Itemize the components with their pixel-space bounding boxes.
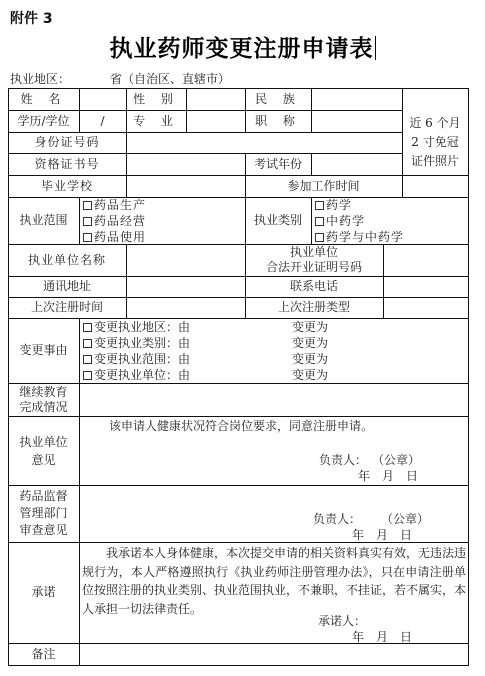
grid-line xyxy=(468,88,469,666)
text-cursor xyxy=(375,36,376,60)
employer-name-field[interactable] xyxy=(126,244,245,276)
label-line: 药品监督 xyxy=(19,488,67,505)
label-line: 管理部门 xyxy=(19,505,67,522)
checkbox-icon[interactable] xyxy=(83,201,92,210)
label-line: 审查意见 xyxy=(19,522,67,539)
label-line: 合法开业证明号码 xyxy=(266,260,362,275)
education-field[interactable]: / xyxy=(79,110,126,132)
form-title: 执业药师变更注册申请表 xyxy=(0,30,485,63)
commitment-text: 我承诺本人身体健康，本次提交申请的相关资料真实有效，无违法违规行为，本人严格遵照… xyxy=(82,544,466,618)
grid-line xyxy=(79,318,80,666)
practice-scope-options: 药品生产 药品经营 药品使用 xyxy=(83,197,146,245)
label-line: 完成情况 xyxy=(19,400,67,415)
label-line: 执业单位 xyxy=(19,433,67,451)
graduate-school-label: 毕业学校 xyxy=(8,175,126,197)
last-registration-time-label: 上次注册时间 xyxy=(8,297,126,318)
option-label: 药品生产 xyxy=(94,198,146,212)
option-label: 药品使用 xyxy=(94,230,146,244)
employer-opinion-statement: 该申请人健康状况符合岗位要求，同意注册申请。 xyxy=(109,417,373,434)
checkbox-icon[interactable] xyxy=(315,217,324,226)
phone-label: 联系电话 xyxy=(245,276,383,297)
graduate-school-field[interactable] xyxy=(126,175,245,197)
change-to-label: 变更为 xyxy=(292,319,328,335)
commitment-signer: 承诺人： xyxy=(318,612,366,629)
continuing-education-field[interactable] xyxy=(79,383,468,416)
checkbox-option[interactable]: 药品经营 xyxy=(83,213,146,229)
grid-line xyxy=(311,197,312,244)
region-label: 执业地区： xyxy=(10,70,70,87)
checkbox-icon[interactable] xyxy=(83,355,92,364)
checkbox-option[interactable]: 变更执业类别：由 xyxy=(83,335,190,351)
checkbox-icon[interactable] xyxy=(83,339,92,348)
gender-label: 性 别 xyxy=(126,88,186,110)
ethnicity-label: 民 族 xyxy=(245,88,311,110)
checkbox-option[interactable]: 药品使用 xyxy=(83,229,146,245)
option-label: 变更执业范围：由 xyxy=(94,352,190,366)
fda-opinion-signer: 负责人： xyxy=(313,510,361,527)
professional-title-field[interactable] xyxy=(311,110,402,132)
grid-line xyxy=(79,197,80,244)
checkbox-option[interactable]: 药学 xyxy=(315,197,404,213)
checkbox-option[interactable]: 中药学 xyxy=(315,213,404,229)
phone-field[interactable] xyxy=(383,276,468,297)
certificate-number-field[interactable] xyxy=(126,153,245,175)
region-suffix: 省（自治区、直辖市） xyxy=(110,70,230,87)
exam-year-field[interactable] xyxy=(311,153,402,175)
commitment-label: 承诺 xyxy=(8,542,79,643)
option-label: 变更执业单位：由 xyxy=(94,368,190,382)
fda-opinion-date: 年 月 日 xyxy=(352,526,412,543)
id-number-field[interactable] xyxy=(126,132,402,153)
gender-field[interactable] xyxy=(186,88,245,110)
checkbox-option[interactable]: 变更执业地区：由 xyxy=(83,319,190,335)
checkbox-icon[interactable] xyxy=(83,323,92,332)
address-field[interactable] xyxy=(126,276,245,297)
label-line: 执业单位 xyxy=(290,245,338,260)
employer-license-label: 执业单位 合法开业证明号码 xyxy=(245,244,383,276)
photo-note-line: 证件照片 xyxy=(411,152,459,171)
checkbox-icon[interactable] xyxy=(83,217,92,226)
label-line: 继续教育 xyxy=(19,385,67,400)
option-label: 药品经营 xyxy=(94,214,146,228)
professional-title-label: 职 称 xyxy=(245,110,311,132)
attachment-label: 附件 3 xyxy=(10,8,53,28)
ethnicity-field[interactable] xyxy=(311,88,402,110)
last-registration-time-field[interactable] xyxy=(126,297,245,318)
change-to-labels: 变更为 变更为 变更为 变更为 xyxy=(292,319,328,383)
option-label: 变更执业地区：由 xyxy=(94,320,190,334)
option-label: 药学与中药学 xyxy=(326,230,404,244)
practice-category-options: 药学 中药学 药学与中药学 xyxy=(315,197,404,245)
name-label: 姓 名 xyxy=(8,88,79,110)
practice-scope-label: 执业范围 xyxy=(8,197,79,244)
work-start-field[interactable] xyxy=(402,175,468,197)
option-label: 变更执业类别：由 xyxy=(94,336,190,350)
grid-line xyxy=(8,665,469,666)
employer-opinion-seal: （公章） xyxy=(372,451,420,468)
employer-opinion-date: 年 月 日 xyxy=(358,467,418,484)
exam-year-label: 考试年份 xyxy=(245,153,311,175)
major-label: 专 业 xyxy=(126,110,186,132)
option-label: 中药学 xyxy=(326,214,365,228)
fda-opinion-label: 药品监督 管理部门 审查意见 xyxy=(8,485,79,542)
change-to-label: 变更为 xyxy=(292,367,328,383)
change-reason-label: 变更事由 xyxy=(8,318,79,383)
change-to-label: 变更为 xyxy=(292,335,328,351)
practice-category-label: 执业类别 xyxy=(245,197,311,244)
checkbox-option[interactable]: 药学与中药学 xyxy=(315,229,404,245)
checkbox-option[interactable]: 药品生产 xyxy=(83,197,146,213)
remarks-field[interactable] xyxy=(79,643,468,665)
photo-note-line: 近 6 个月 xyxy=(409,114,460,133)
fda-opinion-seal: （公章） xyxy=(381,510,429,527)
address-label: 通讯地址 xyxy=(8,276,126,297)
id-number-label: 身份证号码 xyxy=(8,132,126,153)
form-title-text: 执业药师变更注册申请表 xyxy=(110,35,374,62)
continuing-education-label: 继续教育 完成情况 xyxy=(8,383,79,416)
employer-license-field[interactable] xyxy=(383,244,468,276)
work-start-label: 参加工作时间 xyxy=(245,175,402,197)
checkbox-icon[interactable] xyxy=(315,201,324,210)
checkbox-icon[interactable] xyxy=(83,233,92,242)
photo-note-line: 2 寸免冠 xyxy=(411,133,458,152)
certificate-number-label: 资格证书号 xyxy=(8,153,126,175)
label-line: 意见 xyxy=(31,451,55,469)
change-reason-options: 变更执业地区：由 变更执业类别：由 变更执业范围：由 变更执业单位：由 xyxy=(83,319,190,383)
checkbox-icon[interactable] xyxy=(83,371,92,380)
employer-opinion-signer: 负责人： xyxy=(319,451,367,468)
last-registration-type-label: 上次注册类型 xyxy=(245,297,383,318)
option-label: 药学 xyxy=(326,198,352,212)
checkbox-option[interactable]: 变更执业范围：由 xyxy=(83,351,190,367)
checkbox-option[interactable]: 变更执业单位：由 xyxy=(83,367,190,383)
checkbox-icon[interactable] xyxy=(315,233,324,242)
remarks-label: 备注 xyxy=(8,643,79,665)
last-registration-type-field[interactable] xyxy=(383,297,468,318)
employer-opinion-label: 执业单位 意见 xyxy=(8,416,79,485)
employer-name-label: 执业单位名称 xyxy=(8,244,126,276)
major-field[interactable] xyxy=(186,110,245,132)
change-to-label: 变更为 xyxy=(292,351,328,367)
name-field[interactable] xyxy=(79,88,126,110)
education-label: 学历/学位 xyxy=(8,110,79,132)
